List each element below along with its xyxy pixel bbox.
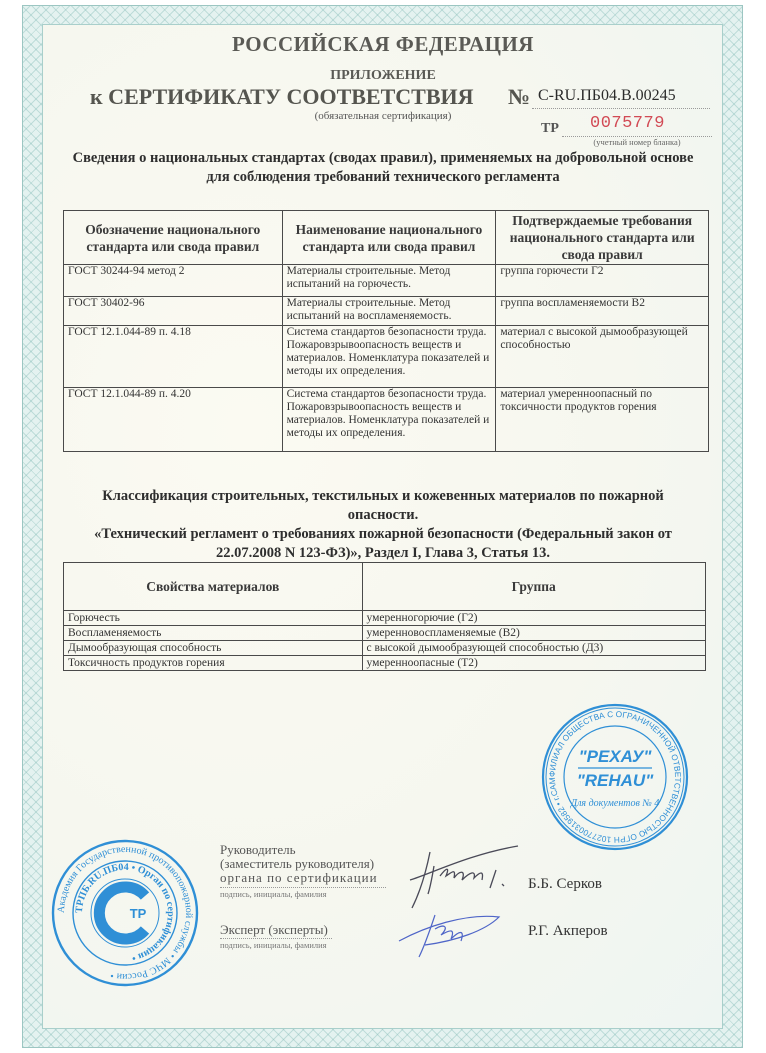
svg-text:ТРПБ.RU.ПБ04 • Орган по сертиф: ТРПБ.RU.ПБ04 • Орган по сертификации • bbox=[74, 862, 176, 964]
head-signature-line bbox=[220, 887, 386, 888]
standard-requirement: группа воспламеняемости В2 bbox=[496, 297, 709, 326]
standard-name: Система стандартов безопасности труда. П… bbox=[282, 388, 496, 452]
column-header: Группа bbox=[362, 563, 706, 611]
standard-designation: ГОСТ 12.1.044-89 п. 4.20 bbox=[64, 388, 283, 452]
tp-label: ТР bbox=[541, 121, 559, 137]
svg-text:"REHAU": "REHAU" bbox=[577, 771, 655, 790]
standard-name: Материалы строительные. Метод испытаний … bbox=[282, 297, 496, 326]
classification-title-line2: «Технический регламент о требованиях пож… bbox=[70, 525, 696, 563]
blank-number: 0075779 bbox=[590, 114, 665, 133]
head-caption: подпись, инициалы, фамилия bbox=[220, 889, 327, 899]
material-group: умеренновоспламеняемые (В2) bbox=[362, 626, 706, 641]
table-row: Дымообразующая способностьс высокой дымо… bbox=[64, 641, 706, 656]
number-sign: № bbox=[508, 84, 530, 110]
table-header-row: Обозначение национального стандарта или … bbox=[64, 211, 709, 265]
standard-designation: ГОСТ 12.1.044-89 п. 4.18 bbox=[64, 326, 283, 388]
head-name: Б.Б. Серков bbox=[528, 876, 602, 893]
certificate-number-line bbox=[532, 108, 710, 109]
table-row: Токсичность продуктов горенияумеренноопа… bbox=[64, 656, 706, 671]
certificate-number: C-RU.ПБ04.В.00245 bbox=[538, 87, 676, 105]
table-row: ГОСТ 12.1.044-89 п. 4.20 Система стандар… bbox=[64, 388, 709, 452]
table-row: ГОСТ 12.1.044-89 п. 4.18 Система стандар… bbox=[64, 326, 709, 388]
table-row: Горючестьумеренногорючие (Г2) bbox=[64, 611, 706, 626]
country-heading: РОССИЙСКАЯ ФЕДЕРАЦИЯ bbox=[0, 32, 766, 57]
classification-section-title: Классификация строительных, текстильных … bbox=[70, 487, 696, 563]
standard-requirement: материал с высокой дымообразующей способ… bbox=[496, 326, 709, 388]
head-signature-icon bbox=[400, 832, 520, 912]
standard-designation: ГОСТ 30402-96 bbox=[64, 297, 283, 326]
table-row: ГОСТ 30244-94 метод 2 Материалы строител… bbox=[64, 265, 709, 297]
standard-designation: ГОСТ 30244-94 метод 2 bbox=[64, 265, 283, 297]
material-property: Токсичность продуктов горения bbox=[64, 656, 363, 671]
svg-text:"РЕХАУ": "РЕХАУ" bbox=[579, 747, 653, 766]
table-row: Воспламеняемостьумеренновоспламеняемые (… bbox=[64, 626, 706, 641]
table-header-row: Свойства материалов Группа bbox=[64, 563, 706, 611]
authority-stamp-icon: Академия Государственной противопожарной… bbox=[50, 838, 200, 988]
material-group: умеренногорючие (Г2) bbox=[362, 611, 706, 626]
certificate-page: РОССИЙСКАЯ ФЕДЕРАЦИЯ ПРИЛОЖЕНИЕ к СЕРТИФ… bbox=[0, 0, 766, 1053]
material-property: Воспламеняемость bbox=[64, 626, 363, 641]
material-group: умеренноопасные (Т2) bbox=[362, 656, 706, 671]
expert-signature-icon bbox=[395, 905, 505, 960]
standards-table: Обозначение национального стандарта или … bbox=[63, 210, 709, 452]
expert-caption: подпись, инициалы, фамилия bbox=[220, 940, 327, 950]
standard-name: Система стандартов безопасности труда. П… bbox=[282, 326, 496, 388]
material-group: с высокой дымообразующей способностью (Д… bbox=[362, 641, 706, 656]
expert-signature-line bbox=[220, 938, 332, 939]
standard-requirement: материал умеренноопасный по токсичности … bbox=[496, 388, 709, 452]
classification-table: Свойства материалов Группа Горючестьумер… bbox=[63, 562, 706, 671]
svg-text:ТР: ТР bbox=[130, 906, 147, 921]
company-stamp: ФИЛИАЛ ОБЩЕСТВА С ОГРАНИЧЕННОЙ ОТВЕТСТВЕ… bbox=[540, 702, 690, 852]
material-property: Дымообразующая способность bbox=[64, 641, 363, 656]
appendix-heading: ПРИЛОЖЕНИЕ bbox=[0, 68, 766, 84]
authority-stamp: Академия Государственной противопожарной… bbox=[50, 838, 200, 988]
expert-label: Эксперт (эксперты) bbox=[220, 923, 328, 937]
company-stamp-icon: ФИЛИАЛ ОБЩЕСТВА С ОГРАНИЧЕННОЙ ОТВЕТСТВЕ… bbox=[540, 702, 690, 852]
column-header: Свойства материалов bbox=[64, 563, 363, 611]
certificate-title: к СЕРТИФИКАТУ СООТВЕТСТВИЯ bbox=[90, 84, 474, 110]
column-header: Обозначение национального стандарта или … bbox=[64, 211, 283, 265]
standard-name: Материалы строительные. Метод испытаний … bbox=[282, 265, 496, 297]
classification-title-line1: Классификация строительных, текстильных … bbox=[70, 487, 696, 525]
standards-section-title: Сведения о национальных стандартах (свод… bbox=[70, 149, 696, 187]
column-header: Подтверждаемые требования национального … bbox=[496, 211, 709, 265]
standard-requirement: группа горючести Г2 bbox=[496, 265, 709, 297]
material-property: Горючесть bbox=[64, 611, 363, 626]
svg-text:Для документов № 4: Для документов № 4 bbox=[570, 798, 660, 809]
column-header: Наименование национального стандарта или… bbox=[282, 211, 496, 265]
head-label: Руководитель (заместитель руководителя) … bbox=[220, 843, 378, 885]
expert-name: Р.Г. Акперов bbox=[528, 923, 608, 940]
blank-number-caption: (учетный номер бланка) bbox=[562, 137, 712, 147]
table-row: ГОСТ 30402-96 Материалы строительные. Ме… bbox=[64, 297, 709, 326]
